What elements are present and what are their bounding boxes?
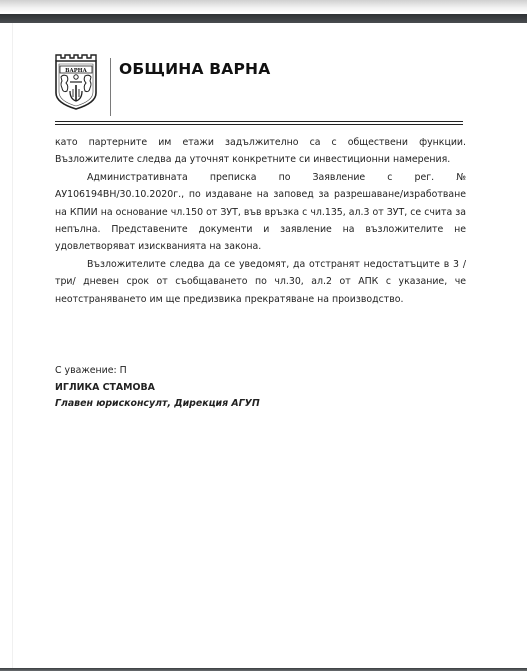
municipality-title: ОБЩИНА ВАРНА: [119, 60, 270, 78]
signatory-role: Главен юрисконсулт, Дирекция АГУП: [55, 396, 355, 413]
body-paragraph: Административната преписка по Заявление …: [55, 169, 466, 256]
header-double-rule: [55, 121, 463, 125]
signature-closing: С уважение: П: [55, 363, 355, 380]
varna-coat-of-arms-icon: ВАРНА: [53, 53, 99, 111]
svg-text:ВАРНА: ВАРНА: [65, 68, 87, 74]
body-paragraph: като партерните им етажи задължително са…: [55, 134, 466, 169]
document-page: [12, 23, 527, 668]
document-body: като партерните им етажи задължително са…: [55, 134, 466, 308]
signatory-name: ИГЛИКА СТАМОВА: [55, 380, 355, 397]
viewer-top-band: [0, 0, 527, 13]
header-divider: [110, 58, 111, 116]
viewer-toolbar-strip: [0, 14, 527, 23]
body-paragraph: Възложителите следва да се уведомят, да …: [55, 256, 466, 308]
signature-block: С уважение: П ИГЛИКА СТАМОВА Главен юрис…: [55, 363, 355, 413]
